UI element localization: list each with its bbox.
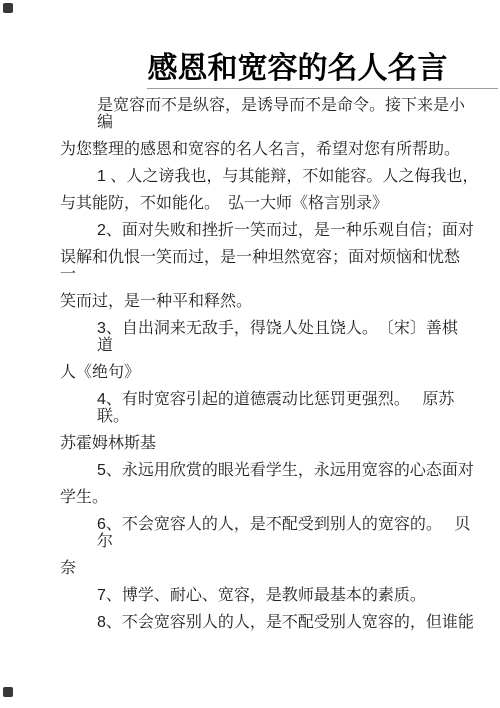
text-line: 笑而过，是一种平和释然。 [60, 293, 500, 310]
para-quote-2: 2、面对失败和挫折一笑而过，是一种乐观自信；面对 [60, 222, 500, 239]
text-line: 是宽容而不是纵容，是诱导而不是命令。接下来是小 [60, 97, 500, 114]
para-quote-3: 3、自出洞来无敌手，得饶人处且饶人。 〔宋〕善棋 道 [60, 320, 500, 354]
para-quote-1-cont: 与其能防，不如能化。 弘一大师《格言别录》 [60, 195, 500, 212]
para-quote-6-author: 奈 [60, 560, 500, 577]
para-quote-4: 4、有时宽容引起的道德震动比惩罚更强烈。 原苏 联。 [60, 391, 500, 425]
text-line: 8、不会宽容别人的人，是不配受别人宽容的，但谁能 [60, 614, 500, 631]
page-marker-top-left-icon [3, 3, 13, 13]
para-quote-6: 6、不会宽容人的人，是不配受到别人的宽容的。 贝 尔 [60, 516, 500, 550]
para-quote-1: 1 、人之谤我也，与其能辩，不如能容。人之侮我也， [60, 168, 500, 185]
title-block: 感恩和宽容的名人名言 [95, 0, 500, 89]
para-quote-4-author: 苏霍姆林斯基 [60, 435, 500, 452]
text-line: 5、永远用欣赏的眼光看学生，永远用宽容的心态面对 [60, 462, 500, 479]
para-quote-5: 5、永远用欣赏的眼光看学生，永远用宽容的心态面对 [60, 462, 500, 479]
text-line: 道 [60, 337, 500, 354]
text-line: 联。 [60, 408, 500, 425]
para-quote-8: 8、不会宽容别人的人，是不配受别人宽容的，但谁能 [60, 614, 500, 631]
para-quote-7: 7、博学、耐心、宽容，是教师最基本的素质。 [60, 587, 500, 604]
text-line: 奈 [60, 560, 500, 577]
document-body: 是宽容而不是纵容，是诱导而不是命令。接下来是小 编 为您整理的感恩和宽容的名人名… [60, 97, 500, 631]
text-line: 1 、人之谤我也，与其能辩，不如能容。人之侮我也， [60, 168, 500, 185]
para-quote-2-end: 笑而过，是一种平和释然。 [60, 293, 500, 310]
para-quote-3-cont: 人《绝句》 [60, 364, 500, 381]
page-marker-bottom-left-icon [3, 687, 13, 697]
text-line: 4、有时宽容引起的道德震动比惩罚更强烈。 原苏 [60, 391, 500, 408]
text-line: 编 [60, 114, 500, 131]
text-line: 与其能防，不如能化。 弘一大师《格言别录》 [60, 195, 500, 212]
title-underline [147, 88, 498, 89]
page-title: 感恩和宽容的名人名言 [95, 52, 500, 86]
text-line: 2、面对失败和挫折一笑而过，是一种乐观自信；面对 [60, 222, 500, 239]
text-line: 误解和仇恨一笑而过，是一种坦然宽容；面对烦恼和忧愁 [60, 249, 500, 266]
text-line: 人《绝句》 [60, 364, 500, 381]
text-line: 尔 [60, 533, 500, 550]
text-line: 6、不会宽容人的人，是不配受到别人的宽容的。 贝 [60, 516, 500, 533]
text-line: 7、博学、耐心、宽容，是教师最基本的素质。 [60, 587, 500, 604]
text-line: 学生。 [60, 489, 500, 506]
document-page: 感恩和宽容的名人名言 是宽容而不是纵容，是诱导而不是命令。接下来是小 编 为您整… [0, 0, 500, 708]
text-line: 苏霍姆林斯基 [60, 435, 500, 452]
para-intro-2: 为您整理的感恩和宽容的名人名言，希望对您有所帮助。 [60, 141, 500, 158]
para-quote-5-end: 学生。 [60, 489, 500, 506]
text-line: 3、自出洞来无敌手，得饶人处且饶人。 〔宋〕善棋 [60, 320, 500, 337]
text-line: 为您整理的感恩和宽容的名人名言，希望对您有所帮助。 [60, 141, 500, 158]
para-quote-2-cont: 误解和仇恨一笑而过，是一种坦然宽容；面对烦恼和忧愁 一 [60, 249, 500, 283]
para-intro: 是宽容而不是纵容，是诱导而不是命令。接下来是小 编 [60, 97, 500, 131]
text-line: 一 [60, 266, 500, 283]
